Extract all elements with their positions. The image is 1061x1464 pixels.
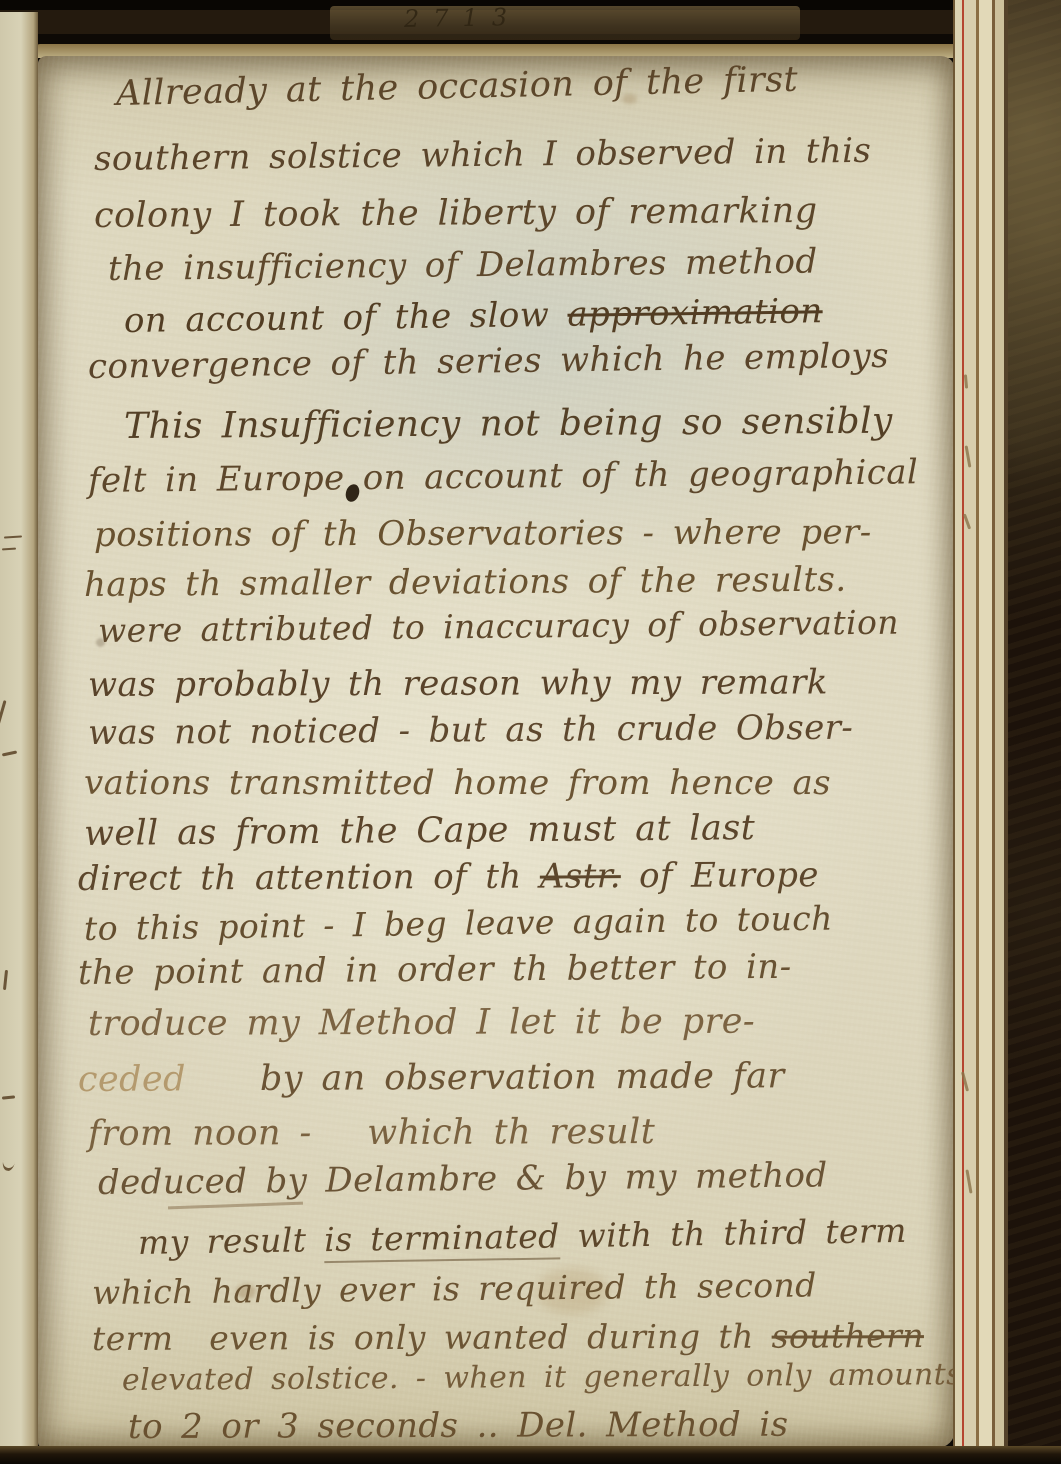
line-text: to this point - I beg leave again to tou… xyxy=(84,899,833,948)
line-text: convergence of th series which he employ… xyxy=(88,336,890,387)
line-text: vations transmitted home from hence as xyxy=(84,763,831,803)
struck-word: Astr. xyxy=(540,856,621,896)
line-text: the insufficiency of Delambres method xyxy=(108,242,818,289)
manuscript-line-24: which hardly ever is required th second xyxy=(92,1266,817,1312)
line-text: with th third term xyxy=(559,1211,907,1255)
line-text: haps th smaller deviations of the result… xyxy=(84,560,847,605)
line-text: was not noticed - but as th crude Obser- xyxy=(88,708,854,753)
manuscript-line-1: Allready at the occasion of the first xyxy=(116,60,799,115)
line-text: well as from the Cape must at last xyxy=(84,808,755,854)
line-text: on account of the slow xyxy=(124,295,568,341)
manuscript-line-2: southern solstice which I observed in th… xyxy=(94,132,872,179)
manuscript-line-25: term even is only wanted during th south… xyxy=(92,1317,924,1358)
manuscript-line-6: convergence of th series which he employ… xyxy=(88,337,889,387)
manuscript-line-19: troduce my Method I let it be pre- xyxy=(88,1002,755,1045)
edge-ink-mark xyxy=(965,445,972,467)
line-text: felt in Europe on account of th geograph… xyxy=(88,452,919,501)
line-text: positions of th Observatories - where pe… xyxy=(94,512,872,555)
line-text: from noon - which th result xyxy=(88,1112,655,1154)
line-text: troduce my Method I let it be pre- xyxy=(88,1002,755,1044)
manuscript-line-12: was probably th reason why my remark xyxy=(88,663,828,705)
margin-ink-fragment xyxy=(2,548,16,551)
edge-ink-mark xyxy=(963,513,971,529)
leather-binding xyxy=(1008,0,1061,1464)
manuscript-line-9: positions of th Observatories - where pe… xyxy=(94,513,872,555)
struck-word: southern xyxy=(772,1316,924,1356)
line-text: colony I took the liberty of remarking xyxy=(94,191,818,236)
line-text: Allready at the occasion of the first xyxy=(116,60,799,114)
manuscript-line-18: the point and in order th better to in- xyxy=(78,948,792,993)
manuscript-line-3: colony I took the liberty of remarking xyxy=(94,191,818,236)
margin-ink-fragment xyxy=(0,700,7,726)
line-text: was probably th reason why my remark xyxy=(88,662,828,705)
manuscript-line-22: deduced by Delambre & by my method xyxy=(98,1156,828,1203)
top-page-edge-strip xyxy=(330,6,800,40)
margin-ink-fragment xyxy=(3,970,8,990)
manuscript-line-21: from noon - which th result xyxy=(88,1112,655,1154)
insertion-mark xyxy=(168,1202,303,1210)
margin-ink-fragment xyxy=(1,1151,17,1172)
manuscript-line-23: my result is terminated with th third te… xyxy=(138,1212,907,1262)
edge-ink-mark xyxy=(961,1071,969,1091)
faded-word: ceded xyxy=(78,1059,186,1100)
line-text: elevated solstice. - when it generally o… xyxy=(122,1357,955,1398)
line-text: the point and in order th better to in- xyxy=(78,947,792,993)
manuscript-line-15: well as from the Cape must at last xyxy=(84,808,755,854)
manuscript-page: Allready at the occasion of the first so… xyxy=(38,56,955,1448)
line-text: direct th attention of th xyxy=(78,857,540,899)
manuscript-line-8: felt in Europe on account of th geograph… xyxy=(88,453,919,501)
line-text: by an observation made far xyxy=(186,1056,785,1099)
line-text: of Europe xyxy=(621,855,819,896)
manuscript-line-7: This Insufficiency not being so sensibly xyxy=(124,401,893,448)
book-bottom-edge xyxy=(0,1446,1061,1464)
struck-word: approximation xyxy=(567,291,823,335)
line-text: term even is only wanted during th xyxy=(92,1317,772,1358)
manuscript-line-17: to this point - I beg leave again to tou… xyxy=(84,900,833,948)
edge-ink-mark xyxy=(965,1169,972,1193)
underlined-phrase: is terminated xyxy=(324,1216,560,1263)
manuscript-line-4: the insufficiency of Delambres method xyxy=(108,243,818,290)
top-edge-inscription: 2713 xyxy=(404,3,522,33)
line-text: to 2 or 3 seconds .. Del. Method is xyxy=(128,1405,789,1447)
line-text: This Insufficiency not being so sensibly xyxy=(124,401,893,447)
line-text: were attributed to inaccuracy of observa… xyxy=(98,603,899,650)
manuscript-line-14: vations transmitted home from hence as xyxy=(84,764,831,803)
manuscript-line-5: on account of the slow approximation xyxy=(124,292,823,341)
margin-ink-fragment xyxy=(4,535,22,538)
manuscript-line-11: were attributed to inaccuracy of observa… xyxy=(98,604,899,650)
manuscript-line-27: to 2 or 3 seconds .. Del. Method is xyxy=(128,1406,789,1447)
stacked-page-edges xyxy=(953,0,1011,1464)
margin-ink-fragment xyxy=(2,750,17,756)
facing-page-edge xyxy=(0,12,38,1452)
line-text: which hardly ever is required th second xyxy=(92,1265,817,1312)
line-text: southern solstice which I observed in th… xyxy=(94,131,872,179)
manuscript-line-26: elevated solstice. - when it generally o… xyxy=(122,1358,955,1398)
line-text: deduced by Delambre & by my method xyxy=(98,1155,828,1203)
manuscript-line-13: was not noticed - but as th crude Obser- xyxy=(88,709,854,753)
margin-ink-fragment xyxy=(2,1095,15,1099)
line-text: my result xyxy=(138,1220,325,1262)
manuscript-line-20: ceded by an observation made far xyxy=(78,1056,785,1100)
manuscript-line-16: direct th attention of th Astr. of Europ… xyxy=(78,856,819,899)
book-scan: 2713 Allready at the occasion of the fir… xyxy=(0,0,1061,1464)
manuscript-line-10: haps th smaller deviations of the result… xyxy=(84,561,847,605)
edge-ink-mark xyxy=(964,374,968,388)
